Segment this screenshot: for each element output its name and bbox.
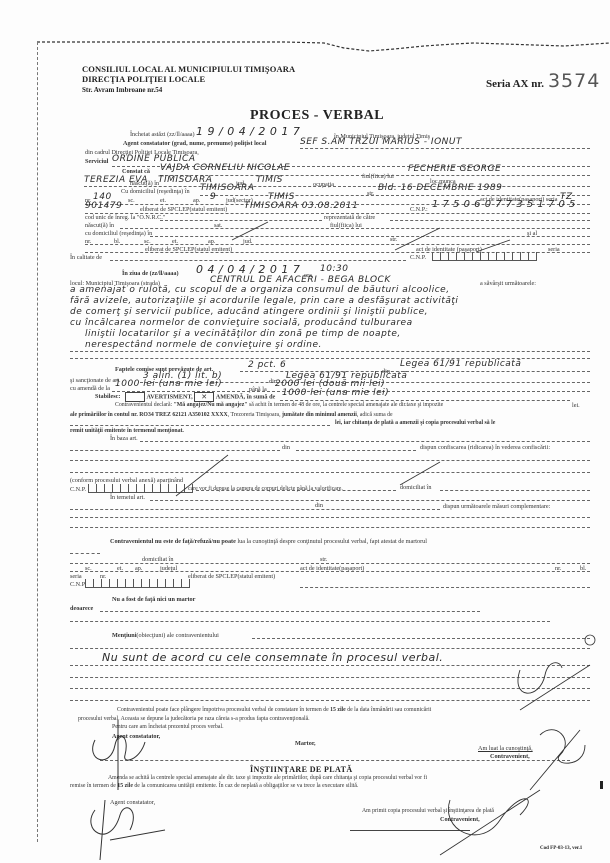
institution-name: CONSILIUL LOCAL AL MUNICIPIULUI TIMIŞOAR… <box>82 64 295 74</box>
rep-cnp-boxes[interactable] <box>432 252 537 261</box>
rep-born-label: născut(ă) în <box>85 222 114 229</box>
based-label: În baza art. <box>110 435 138 442</box>
payment-days: 15 zile <box>117 783 133 789</box>
concluded-label: Încheiat astăzi (zz/ll/aaaa) <box>130 131 195 138</box>
page-left-edge <box>37 42 39 842</box>
declaration-prefix: Contravenientul declară: <box>115 402 172 408</box>
payment-line2: remise în termen de 15 zile de la comuni… <box>70 783 358 789</box>
agent-value[interactable]: SEF S.AM TRZUI MARIUS - IONUT <box>300 137 462 147</box>
complementary-label: dispun următoarele măsuri complementare: <box>443 503 550 510</box>
capacity-label: În calitate de <box>70 254 102 261</box>
deposit-label: care vor fi depuse la camera de corpuri … <box>188 486 343 492</box>
hour-value[interactable]: 10:30 <box>320 264 348 274</box>
conf-cnp-label: C.N.P. <box>70 486 86 493</box>
domicile-city[interactable]: TIMISOARA <box>200 183 254 193</box>
offender-signature-label: Contravenient, <box>490 753 530 760</box>
fine-from-label: cu amendă de la <box>70 385 110 392</box>
fine-label: AMENDĂ, în sumă de <box>216 393 275 400</box>
fine-from-value[interactable]: 1000 lei (una mie lei) <box>115 379 222 389</box>
declaration-line: Contravenientul declară: "Mă angajez/Nu … <box>115 402 443 408</box>
cnp-value[interactable]: 1 7 5 0 6 0 7 7 3 5 1 7 0 5 <box>432 199 576 210</box>
based2-label: În temeiul art. <box>110 494 145 501</box>
street-value[interactable]: Bld. 16 DECEMBRIE 1989 <box>378 183 502 193</box>
objections-line: Menţiuni(obiecţiuni) ale contravenientul… <box>112 632 219 639</box>
facts-line[interactable]: fără avizele, autorizaţiile şi acorduril… <box>70 296 458 306</box>
receipt-text: lei, iar chitanţa de plată a amenzii şi … <box>335 420 495 426</box>
rep-domicile-label: cu domiciliul (reşedinţa) în <box>85 230 152 237</box>
concluded-date[interactable]: 1 9 / 0 4 / 2 0 1 7 <box>196 125 300 138</box>
warning-option[interactable]: AVERTISMENT, ✕ AMENDĂ, în sumă de <box>125 392 275 402</box>
ap-label: ap. <box>193 197 200 204</box>
torn-edge <box>34 40 610 60</box>
currency-label: lei. <box>572 402 580 409</box>
facts-line[interactable]: a amenajat o rulotă, cu scopul de a orga… <box>70 285 450 295</box>
appeal-line3: Pentru care am încheiat prezentul proces… <box>112 724 224 730</box>
annex-label: (conform procesului verbal anexă) aparţi… <box>70 477 183 484</box>
facts-line[interactable]: cu încălcarea normelor de convieţuire so… <box>70 318 413 328</box>
abs-str-label: str. <box>320 556 327 563</box>
objections-handwritten[interactable]: Nu sunt de acord cu cele consemnate în p… <box>102 651 443 664</box>
acknowledged-label: Am luat la cunoştinţă, <box>478 745 533 752</box>
conf-from-label: din <box>282 444 290 451</box>
service-label: Serviciul <box>85 158 108 165</box>
edge-mark <box>600 781 603 789</box>
rep-cnp-label: C.N.P. <box>410 254 426 261</box>
cnp-label: C.N.P.: <box>410 206 428 213</box>
conf-from2-label: din <box>315 502 323 509</box>
rep-str-label: str. <box>390 236 397 243</box>
abs-cnp-boxes[interactable] <box>85 579 190 588</box>
account-prefix: ale primăriilor în contul nr. <box>70 412 138 418</box>
appeal-days: 15 zile <box>330 707 346 713</box>
abs-series-label: seria <box>70 573 82 580</box>
objections-label: Menţiuni <box>112 632 136 639</box>
absent-rest: lua la cunoştinţă despre conţinutul proc… <box>237 538 427 545</box>
declaration-rest: să achit în termen de 48 de ore, la cent… <box>249 402 443 408</box>
facts-line[interactable]: de comerţ şi servicii publice, aducând a… <box>70 307 428 317</box>
payment-prefix: remise în termen de <box>70 783 116 789</box>
onrc-label: cod unic de înreg. la "O.N.R.C." <box>85 214 165 221</box>
ap-value[interactable]: 9 <box>210 192 216 202</box>
document-page: CONSILIUL LOCAL AL MUNICIPIULUI TIMIŞOAR… <box>0 0 610 863</box>
observed-name[interactable]: VAJDA CORNELIU NICOLAE <box>160 163 290 173</box>
facts-line[interactable]: nerespectând normele de convieţuire şi o… <box>85 340 322 350</box>
payment-notice-title: ÎNŞTIINŢARE DE PLATĂ <box>250 765 353 774</box>
department-name: DIRECŢIA POLIŢIEI LOCALE <box>82 74 205 84</box>
facts-label: a săvârşit următoarele: <box>480 280 536 287</box>
form-code: Cod FP-03-13, ver.1 <box>540 846 582 851</box>
provided-article[interactable]: 2 pct. 6 <box>248 360 286 370</box>
abs-cnp-label: C.N.P. <box>70 581 86 588</box>
no-witness-label: Nu a fost de faţă nici un martor <box>112 596 195 603</box>
issued-by-value[interactable]: TIMISOARA 03.08.2011 <box>244 201 358 211</box>
fine-checkbox[interactable]: ✕ <box>194 392 214 402</box>
id-number-value[interactable]: 901479 <box>85 201 122 211</box>
witness-signature-label: Martor, <box>295 740 316 747</box>
notice-agent-signature <box>91 800 165 860</box>
page-title: PROCES - VERBAL <box>250 108 384 124</box>
absent-bold: Contravenientul nu este de faţă/refuză/n… <box>110 538 236 545</box>
remit-text: remit unităţii emitente în termenul menţ… <box>70 428 184 434</box>
issued-by-label: eliberat de SPCLEP(statul emitent) <box>140 206 227 213</box>
appeal-suffix: de la data înmânării sau comunicării <box>347 707 431 713</box>
abs-issued-label: eliberat de SPCLEP(statul emitent) <box>188 573 275 580</box>
absent-line: Contravenientul nu este de faţă/refuză/n… <box>110 538 427 545</box>
payment-suffix: de la comunicarea unităţii emitente. În … <box>134 783 358 789</box>
account-mid: , Trezoreria Timişoara, <box>228 412 281 418</box>
father-name[interactable]: FECHERIE GEORGE <box>408 164 501 174</box>
conf-domicile-label: domiciliat în <box>400 484 431 491</box>
warning-checkbox[interactable] <box>125 392 145 402</box>
notice-agent-label: Agent constatator, <box>110 799 155 806</box>
sc-label: sc. <box>128 197 135 204</box>
location-value[interactable]: CENTRUL DE AFACERI - BEGA BLOCK <box>210 275 391 285</box>
establish-label: Stabilesc: <box>95 393 120 400</box>
county-value[interactable]: TIMIS <box>256 175 283 185</box>
observed-label: Constat că <box>122 168 150 175</box>
account-suffix: , adică suma de <box>357 412 393 418</box>
sanctioned-label: şi sancţionate de art. <box>70 377 121 384</box>
notice-offender-label: Contravenient, <box>440 816 480 823</box>
warning-label: AVERTISMENT, <box>147 393 193 400</box>
half-minimum: jumătate din minimul amenzii <box>282 412 357 418</box>
fine-amount[interactable]: 1000 lei (una mie lei) <box>282 388 389 398</box>
facts-line[interactable]: liniştii locatarilor şi a vecinătăţilor … <box>85 329 401 339</box>
abs-domicile-label: domiciliat în <box>142 556 173 563</box>
series-number: 3574 <box>548 70 600 92</box>
received-label: Am primit copia procesului verbal şi înş… <box>362 808 494 814</box>
because-label: deoarece <box>70 605 93 612</box>
appeal-prefix: Contravenientul poate face plângere împo… <box>117 707 329 713</box>
agent-label: Agent constatator (grad, nume, prenume) … <box>123 140 266 147</box>
appeal-line2: procesului verbal. Aceasta se depune la … <box>78 716 310 722</box>
appeal-line1: Contravenientul poate face plângere împo… <box>117 707 431 713</box>
confiscation-label: dispun confiscarea (ridicarea) în vedere… <box>420 444 550 451</box>
et-label: et. <box>160 197 166 204</box>
agent-signature-label: Agent constatator, <box>112 733 160 740</box>
represented-label: reprezentată de către <box>324 214 375 221</box>
day-label: În ziua de (zz/ll/aaaa) <box>122 270 179 277</box>
address: Str. Avram Imbroane nr.54 <box>82 86 162 94</box>
payment-line1: Amenda se achită la centrele special ame… <box>108 775 427 781</box>
series-block: Seria AX nr. 3574 <box>486 70 600 92</box>
account-number: RO34 TREZ 62121 A350102 XXXX <box>139 412 227 418</box>
account-line: ale primăriilor în contul nr. RO34 TREZ … <box>70 412 393 418</box>
conf-cnp-boxes[interactable] <box>88 484 193 493</box>
series-label: Seria AX nr. <box>486 78 544 90</box>
provided-law[interactable]: Legea 61/91 republicată <box>400 359 521 369</box>
declaration-quote: "Mă angajez/Nu mă angajez" <box>174 402 248 408</box>
domicile-label: Cu domiciliul (reşedinţa) în <box>121 188 190 195</box>
objections-rest: (obiecţiuni) ale contravenientului <box>136 632 218 639</box>
